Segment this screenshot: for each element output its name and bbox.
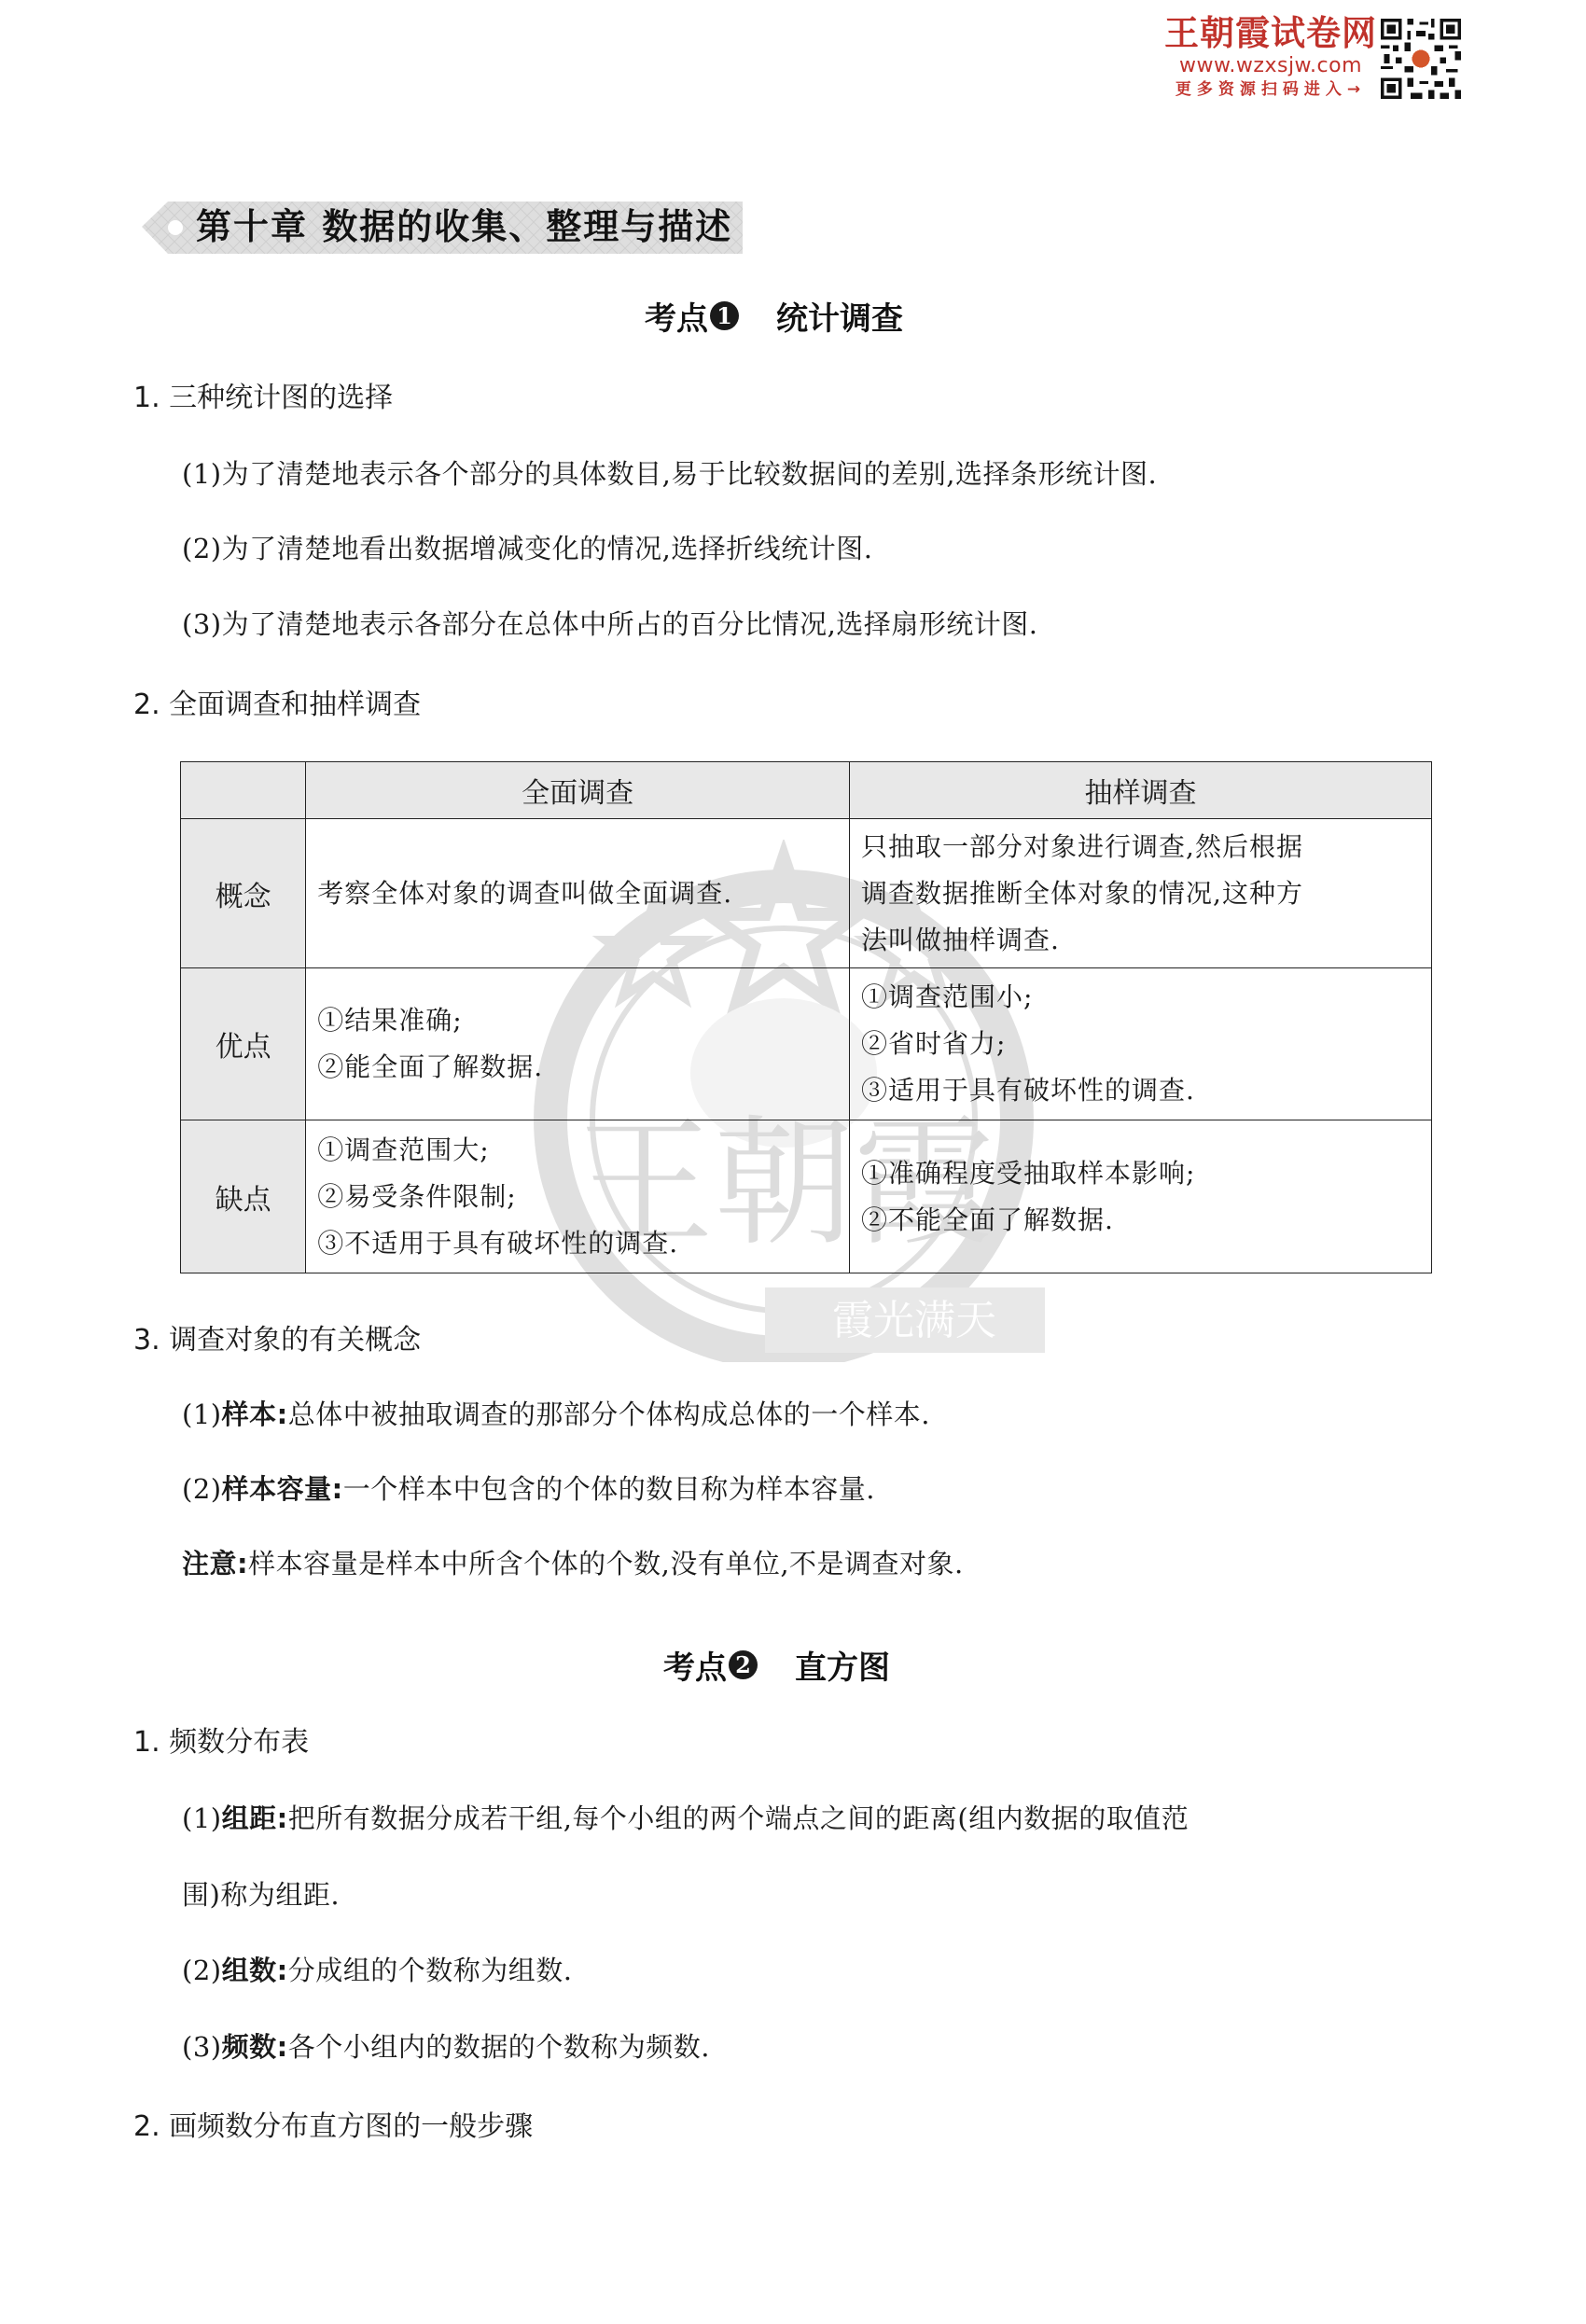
cell-line: 法叫做抽样调查. bbox=[861, 917, 1420, 964]
table-row: 概念 考察全体对象的调查叫做全面调查. 只抽取一部分对象进行调查,然后根据 调查… bbox=[181, 819, 1432, 968]
note-item: 注意:样本容量是样本中所含个体的个数,没有单位,不是调查对象. bbox=[182, 1543, 964, 1581]
comparison-table: 全面调查 抽样调查 概念 考察全体对象的调查叫做全面调查. 只抽取一部分对象进行… bbox=[180, 761, 1432, 1273]
cell-line: ①结果准确; bbox=[317, 997, 838, 1044]
cell-line: ③不适用于具有破坏性的调查. bbox=[317, 1220, 838, 1267]
cell-line: 调查数据推断全体对象的情况,这种方 bbox=[861, 870, 1420, 917]
cell-line: ①准确程度受抽取样本影响; bbox=[861, 1150, 1420, 1197]
table-row: 优点 ①结果准确; ②能全面了解数据. ①调查范围小; ②省时省力; ③适用于具… bbox=[181, 968, 1432, 1120]
brand-subtitle: 更多资源扫码进入→ bbox=[1140, 78, 1401, 101]
definition-item: (1)样本:总体中被抽取调查的那部分个体构成总体的一个样本. bbox=[182, 1394, 930, 1432]
cell-line: ②易受条件限制; bbox=[317, 1174, 838, 1220]
brand-url[interactable]: www.wzxsjw.com bbox=[1140, 54, 1401, 78]
item-term: 样本: bbox=[222, 1399, 288, 1430]
row-label: 缺点 bbox=[181, 1120, 306, 1273]
definition-item: (1)组距:把所有数据分成若干组,每个小组的两个端点之间的距离(组内数据的取值范 bbox=[182, 1798, 1189, 1836]
table-row: 缺点 ①调查范围大; ②易受条件限制; ③不适用于具有破坏性的调查. ①准确程度… bbox=[181, 1120, 1432, 1273]
list-item: (3)为了清楚地表示各部分在总体中所占的百分比情况,选择扇形统计图. bbox=[182, 604, 1038, 642]
chapter-banner: 第十章 数据的收集、整理与描述 bbox=[142, 196, 748, 257]
svg-text:霞光满天: 霞光满天 bbox=[832, 1297, 996, 1344]
table-cell: ①调查范围大; ②易受条件限制; ③不适用于具有破坏性的调查. bbox=[306, 1120, 850, 1273]
item-prefix: (1) bbox=[182, 1802, 222, 1834]
cell-line: 考察全体对象的调查叫做全面调查. bbox=[317, 870, 838, 917]
qr-code-icon[interactable] bbox=[1378, 15, 1464, 103]
brand-title: 王朝霞试卷网 bbox=[1140, 13, 1401, 54]
brand-logo[interactable]: 王朝霞试卷网 www.wzxsjw.com 更多资源扫码进入→ bbox=[1140, 13, 1401, 101]
table-cell: ①结果准确; ②能全面了解数据. bbox=[306, 968, 850, 1120]
cell-line: 只抽取一部分对象进行调查,然后根据 bbox=[861, 824, 1420, 870]
kaodian-1-heading: 考点 1 统计调查 bbox=[645, 293, 903, 339]
kaodian-prefix: 考点 bbox=[645, 293, 708, 339]
section-heading: 1. 三种统计图的选择 bbox=[133, 374, 393, 415]
row-label: 优点 bbox=[181, 968, 306, 1120]
list-item: (1)为了清楚地表示各个部分的具体数目,易于比较数据间的差别,选择条形统计图. bbox=[182, 453, 1157, 492]
definition-item-continued: 围)称为组距. bbox=[182, 1874, 340, 1913]
table-cell: ①准确程度受抽取样本影响; ②不能全面了解数据. bbox=[850, 1120, 1432, 1273]
cell-line: ②能全面了解数据. bbox=[317, 1044, 838, 1091]
item-text: 把所有数据分成若干组,每个小组的两个端点之间的距离(组内数据的取值范 bbox=[288, 1802, 1189, 1834]
cell-line: ①调查范围小; bbox=[861, 974, 1420, 1021]
item-term: 频数: bbox=[222, 2031, 288, 2063]
section-heading: 3. 调查对象的有关概念 bbox=[133, 1316, 421, 1357]
number-badge-icon: 1 bbox=[710, 301, 739, 330]
chapter-title: 第十章 数据的收集、整理与描述 bbox=[196, 202, 732, 252]
item-term: 注意: bbox=[182, 1548, 248, 1579]
item-prefix: (2) bbox=[182, 1473, 222, 1505]
item-term: 组距: bbox=[222, 1802, 288, 1834]
table-header-cell: 抽样调查 bbox=[850, 762, 1432, 819]
definition-item: (3)频数:各个小组内的数据的个数称为频数. bbox=[182, 2026, 710, 2065]
kaodian-prefix: 考点 bbox=[663, 1642, 727, 1688]
kaodian-title: 统计调查 bbox=[776, 293, 903, 339]
item-text: 各个小组内的数据的个数称为频数. bbox=[288, 2031, 710, 2063]
section-heading: 1. 频数分布表 bbox=[133, 1719, 309, 1760]
cell-line: ③适用于具有破坏性的调查. bbox=[861, 1067, 1420, 1114]
kaodian-2-heading: 考点 2 直方图 bbox=[663, 1642, 890, 1688]
item-prefix: (2) bbox=[182, 1955, 222, 1986]
table-cell: 只抽取一部分对象进行调查,然后根据 调查数据推断全体对象的情况,这种方 法叫做抽… bbox=[850, 819, 1432, 968]
item-term: 样本容量: bbox=[222, 1473, 343, 1505]
item-prefix: (1) bbox=[182, 1399, 222, 1430]
item-text: 样本容量是样本中所含个体的个数,没有单位,不是调查对象. bbox=[248, 1548, 964, 1579]
item-text: 一个样本中包含的个体的数目称为样本容量. bbox=[343, 1473, 875, 1505]
table-header-row: 全面调查 抽样调查 bbox=[181, 762, 1432, 819]
section-heading: 2. 全面调查和抽样调查 bbox=[133, 681, 421, 722]
definition-item: (2)组数:分成组的个数称为组数. bbox=[182, 1950, 572, 1988]
table-header-cell bbox=[181, 762, 306, 819]
table-cell: ①调查范围小; ②省时省力; ③适用于具有破坏性的调查. bbox=[850, 968, 1432, 1120]
list-item: (2)为了清楚地看出数据增减变化的情况,选择折线统计图. bbox=[182, 528, 873, 566]
definition-item: (2)样本容量:一个样本中包含的个体的数目称为样本容量. bbox=[182, 1468, 875, 1507]
item-prefix: (3) bbox=[182, 2031, 222, 2063]
cell-line: ②省时省力; bbox=[861, 1021, 1420, 1067]
row-label: 概念 bbox=[181, 819, 306, 968]
table-header-cell: 全面调查 bbox=[306, 762, 850, 819]
cell-line: ②不能全面了解数据. bbox=[861, 1197, 1420, 1244]
item-term: 组数: bbox=[222, 1955, 288, 1986]
cell-line: ①调查范围大; bbox=[317, 1127, 838, 1174]
table-cell: 考察全体对象的调查叫做全面调查. bbox=[306, 819, 850, 968]
number-badge-icon: 2 bbox=[729, 1650, 758, 1679]
section-heading: 2. 画频数分布直方图的一般步骤 bbox=[133, 2103, 533, 2144]
item-text: 总体中被抽取调查的那部分个体构成总体的一个样本. bbox=[288, 1399, 930, 1430]
item-text: 分成组的个数称为组数. bbox=[288, 1955, 573, 1986]
kaodian-title: 直方图 bbox=[795, 1642, 890, 1688]
